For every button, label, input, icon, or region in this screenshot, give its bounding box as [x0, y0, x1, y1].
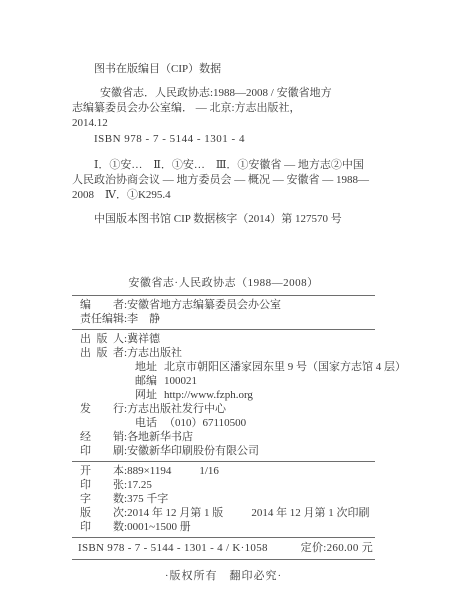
row-value: 889×1194 [127, 465, 171, 477]
colophon-row: 字数:375 千字 [72, 492, 375, 506]
row-value: 0001~1500 册 [127, 521, 191, 533]
row-value: 100021 [164, 375, 197, 387]
row-label: 印刷 [80, 444, 124, 458]
row-value: 17.25 [127, 479, 152, 491]
row-extra-value: 1/16 [199, 465, 219, 477]
row-label: 网址 [135, 388, 157, 402]
row-label: 印张 [80, 478, 124, 492]
row-label: 电话 [135, 416, 157, 430]
cip-record-line: 志编纂委员会办公室编． — 北京:方志出版社， [72, 101, 375, 116]
colophon-row: 版次:2014 年 12 月第 1 版2014 年 12 月第 1 次印刷 [72, 506, 375, 520]
copyright-page: { "cip": { "header": "图书在版编目（CIP）数据", "r… [0, 0, 450, 610]
row-label: 邮编 [135, 374, 157, 388]
price: 定价:260.00 元 [301, 541, 373, 555]
row-value: （010）67110500 [164, 417, 246, 429]
editor-section: 编者:安徽省地方志编纂委员会办公室 责任编辑:李 静 [72, 295, 375, 329]
row-value: 375 千字 [127, 493, 168, 505]
colophon-row: 责任编辑:李 静 [72, 312, 375, 326]
cip-classification-line: Ⅰ．①安… Ⅱ．①安… Ⅲ．①安徽省 — 地方志②中国 [72, 158, 375, 173]
row-value: 方志出版社 [127, 347, 182, 359]
row-label: 地址 [135, 360, 157, 374]
row-value: 各地新华书店 [127, 431, 193, 443]
colophon-row: 编者:安徽省地方志编纂委员会办公室 [72, 298, 375, 312]
colophon-row: 印张:17.25 [72, 478, 375, 492]
row-label: 责任编辑 [80, 312, 124, 326]
printing-section: 开本:889×11941/16 印张:17.25 字数:375 千字 版次:20… [72, 461, 375, 537]
row-value: http://www.fzph.org [164, 389, 253, 401]
isbn-price-row: ISBN 978 - 7 - 5144 - 1301 - 4 / K·1058 … [72, 537, 375, 560]
row-extra-value: 2014 年 12 月第 1 次印刷 [251, 507, 369, 519]
cip-isbn-line: ISBN 978 - 7 - 5144 - 1301 - 4 [72, 132, 375, 147]
colophon-row: 开本:889×11941/16 [72, 464, 375, 478]
row-value: 冀祥德 [127, 333, 160, 345]
cip-classification: Ⅰ．①安… Ⅱ．①安… Ⅲ．①安徽省 — 地方志②中国 人民政治协商会议 — 地… [72, 158, 375, 203]
colophon-row: 电话（010）67110500 [72, 416, 375, 430]
colophon-row: 出版者:方志出版社 [72, 346, 375, 360]
colophon-row: 地址北京市朝阳区潘家园东里 9 号（国家方志馆 4 层） [72, 360, 375, 374]
colophon-table: 安徽省志·人民政协志（1988—2008） 编者:安徽省地方志编纂委员会办公室 … [72, 274, 375, 583]
row-value: 安徽新华印刷股份有限公司 [127, 445, 259, 457]
cip-classification-line: 2008 Ⅳ．①K295.4 [72, 188, 375, 203]
row-label: 出版者 [80, 346, 124, 360]
cip-header: 图书在版编目（CIP）数据 [72, 62, 375, 77]
row-label: 编者 [80, 298, 124, 312]
cip-classification-line: 人民政治协商会议 — 地方委员会 — 概况 — 安徽省 — 1988— [72, 173, 375, 188]
book-title: 安徽省志·人民政协志（1988—2008） [72, 274, 375, 290]
colophon-row: 发行:方志出版社发行中心 [72, 402, 375, 416]
row-value: 2014 年 12 月第 1 版 [127, 507, 223, 519]
colophon-row: 出版人:冀祥德 [72, 332, 375, 346]
page-content: 图书在版编目（CIP）数据 安徽省志．人民政协志:1988—2008 / 安徽省… [72, 62, 375, 583]
row-label: 发行 [80, 402, 124, 416]
cip-registry-line: 中国版本图书馆 CIP 数据核字（2014）第 127570 号 [72, 212, 375, 227]
isbn-number: ISBN 978 - 7 - 5144 - 1301 - 4 / K·1058 [78, 541, 268, 555]
colophon-row: 网址http://www.fzph.org [72, 388, 375, 402]
row-value: 方志出版社发行中心 [127, 403, 226, 415]
cip-record-line: 2014.12 [72, 116, 375, 131]
row-value: 李 静 [127, 313, 160, 325]
row-label: 版次 [80, 506, 124, 520]
row-value: 北京市朝阳区潘家园东里 9 号（国家方志馆 4 层） [164, 361, 406, 373]
row-label: 出版人 [80, 332, 124, 346]
row-value: 安徽省地方志编纂委员会办公室 [127, 299, 281, 311]
cip-record-line: 安徽省志．人民政协志:1988—2008 / 安徽省地方 [72, 86, 375, 101]
colophon-row: 印刷:安徽新华印刷股份有限公司 [72, 444, 375, 458]
copyright-notice: ·版权所有 翻印必究· [72, 567, 375, 583]
row-label: 印数 [80, 520, 124, 534]
row-label: 开本 [80, 464, 124, 478]
row-label: 字数 [80, 492, 124, 506]
colophon-row: 邮编100021 [72, 374, 375, 388]
colophon-row: 印数:0001~1500 册 [72, 520, 375, 534]
publish-section: 出版人:冀祥德 出版者:方志出版社 地址北京市朝阳区潘家园东里 9 号（国家方志… [72, 329, 375, 461]
cip-data-block: 图书在版编目（CIP）数据 安徽省志．人民政协志:1988—2008 / 安徽省… [72, 62, 375, 227]
colophon-row: 经销:各地新华书店 [72, 430, 375, 444]
row-label: 经销 [80, 430, 124, 444]
